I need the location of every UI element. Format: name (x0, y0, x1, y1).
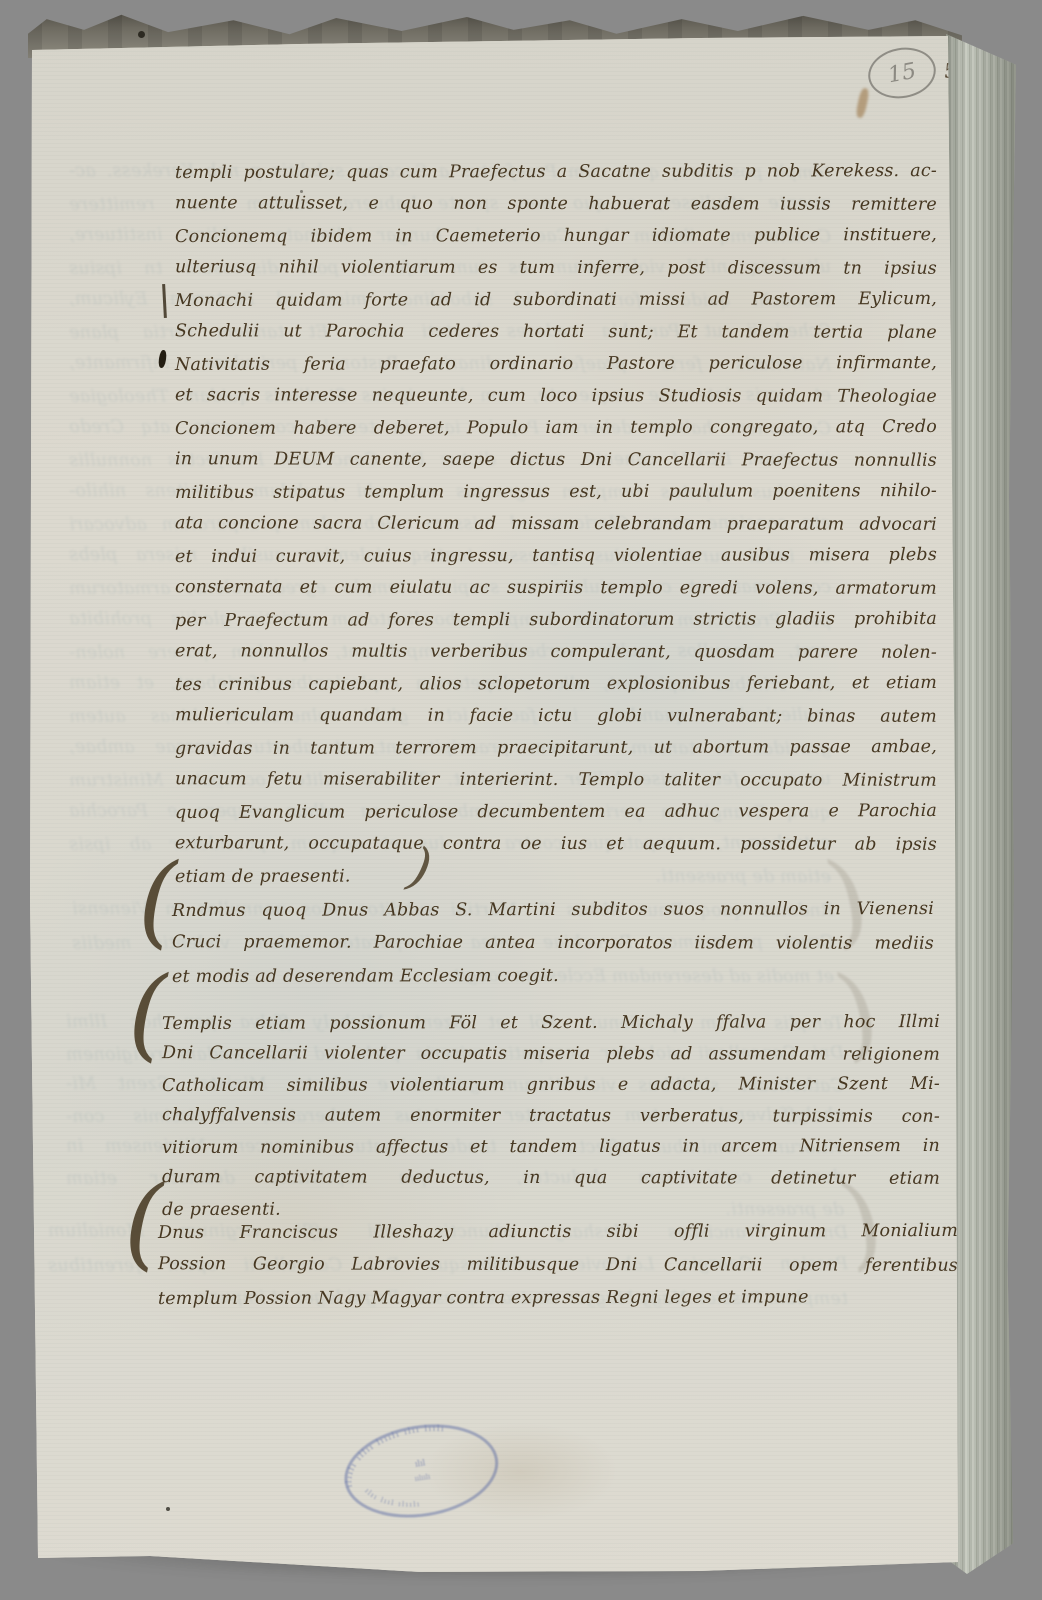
manuscript-line: et sacris interesse nequeunte, cum loco … (175, 379, 937, 413)
manuscript-line: gravidas in tantum terrorem praecipitaru… (175, 731, 937, 765)
ink-speck (138, 31, 145, 38)
manuscript-line: Dnus Franciscus Illeshazy adiunctis sibi… (158, 1215, 958, 1250)
manuscript-line: Possion Georgio Labrovies militibusque D… (158, 1248, 958, 1283)
manuscript-line: unacum fetu miserabiliter interierint. T… (175, 763, 937, 797)
manuscript-line: et modis ad deserendam Ecclesiam coegit. (172, 959, 934, 994)
manuscript-paragraph: Rndmus quoq Dnus Abbas S. Martini subdit… (172, 894, 934, 993)
manuscript-line: templum Possion Nagy Magyar contra expre… (158, 1281, 958, 1316)
manuscript-line: Catholicam similibus violentiarum gnribu… (162, 1069, 940, 1102)
manuscript-line: Concionem habere deberet, Populo iam in … (175, 411, 937, 445)
stamp-center-line2: ıılıılı (414, 1473, 431, 1483)
manuscript-line: exturbarunt, occupataque contra oe ius e… (175, 827, 937, 861)
manuscript-line: chalyffalvensis autem enormiter tractatu… (162, 1100, 940, 1133)
manuscript-line: Schedulii ut Parochia cederes hortati su… (175, 315, 937, 349)
ink-speck (300, 190, 303, 193)
manuscript-line: et indui curavit, cuius ingressu, tantis… (175, 539, 937, 573)
manuscript-line: Templis etiam possionum Föl et Szent. Mi… (162, 1007, 940, 1040)
manuscript-line: muliericulam quandam in facie ictu globi… (175, 699, 937, 733)
manuscript-line: Concionemq ibidem in Caemeterio hungar i… (175, 219, 937, 253)
manuscript-line: Dni Cancellarii violenter occupatis mise… (162, 1038, 940, 1071)
manuscript-leaf: templi postulare; quas cum Praefectus a … (0, 0, 1042, 1600)
manuscript-line: Rndmus quoq Dnus Abbas S. Martini subdit… (172, 893, 934, 928)
manuscript-photo: templi postulare; quas cum Praefectus a … (0, 0, 1042, 1600)
manuscript-line: duram captivitatem deductus, in qua capt… (162, 1162, 940, 1195)
manuscript-line: militibus stipatus templum ingressus est… (175, 475, 937, 509)
manuscript-line: nuente attulisset, e quo non sponte habu… (175, 187, 937, 221)
manuscript-paragraph: Dnus Franciscus Illeshazy adiunctis sibi… (158, 1216, 958, 1315)
manuscript-line: tes crinibus capiebant, alios sclopetoru… (175, 667, 937, 701)
manuscript-line: Monachi quidam forte ad id subordinati m… (175, 283, 937, 317)
manuscript-line: vitiorum nominibus affectus et tandem li… (162, 1131, 940, 1164)
manuscript-line: erat, nonnullos multis verberibus compul… (175, 635, 937, 669)
manuscript-paragraph: Templis etiam possionum Föl et Szent. Mi… (162, 1008, 940, 1225)
manuscript-line: Cruci praememor. Parochiae antea incorpo… (172, 926, 934, 961)
manuscript-line: templi postulare; quas cum Praefectus a … (175, 155, 937, 189)
manuscript-line: quoq Evanglicum periculose decumbentem e… (175, 795, 937, 829)
manuscript-line: per Praefectum ad fores templi subordina… (175, 603, 937, 637)
folio-number-pencil-value: 15 (886, 58, 918, 87)
stamp-center-line1: ılıl (414, 1458, 426, 1469)
manuscript-line: Nativitatis feria praefato ordinario Pas… (175, 347, 937, 381)
manuscript-line: in unum DEUM canente, saepe dictus Dni C… (175, 443, 937, 477)
manuscript-line: etiam de praesenti. (175, 859, 937, 893)
manuscript-line: ata concione sacra Clericum ad missam ce… (175, 507, 937, 541)
manuscript-text: templi postulare; quas cum Praefectus a … (0, 0, 1042, 1600)
ink-speck (166, 1507, 170, 1511)
manuscript-paragraph: templi postulare; quas cum Praefectus a … (175, 156, 937, 892)
stamp-ring-text-top: ılıılı ıllıı lııılı ılıı lıılı (337, 1421, 453, 1489)
manuscript-line: consternata et cum eiulatu ac suspiriis … (175, 571, 937, 605)
manuscript-line: ulteriusq nihil violentiarum es tum infe… (175, 251, 937, 285)
